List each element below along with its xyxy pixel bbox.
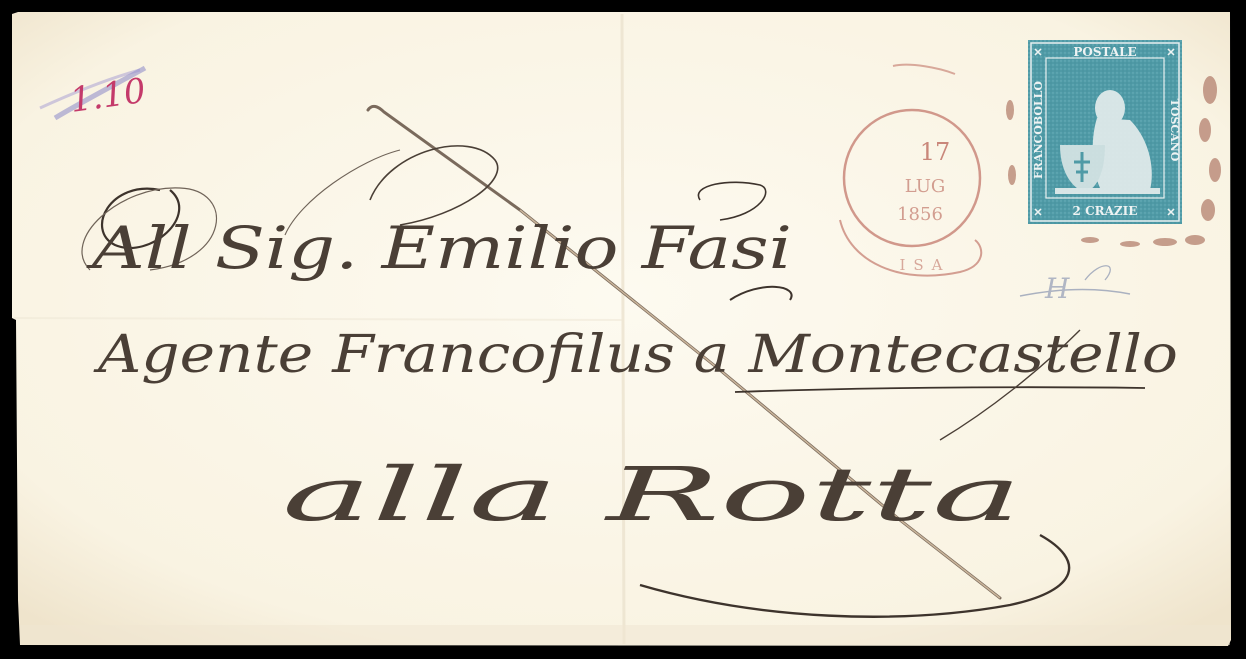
stamp-top-label: POSTALE [1073,45,1136,59]
address-line-1: All Sig. Emilio Fasi [86,214,792,282]
x-icon: ✕ [1033,46,1042,59]
stamp-right-label: TOSCANO [1168,99,1181,162]
address-line-3: alla Rotta [282,452,1022,538]
stamp-left-label: FRANCOBOLLO [1032,81,1045,179]
postal-cover-scene: 1.10 All Sig. Emilio Fasi Agente Francof… [0,0,1246,659]
postmark-year: 1856 [897,204,943,225]
postmark-month: LUG [905,176,946,197]
postal-cover-photo: 1.10 All Sig. Emilio Fasi Agente Francof… [0,0,1246,659]
postmark-town: ISA [899,256,950,274]
x-icon: ✕ [1166,46,1175,59]
address-line-2: Agente Francofilus a Montecastello [93,325,1178,385]
postage-stamp-2-crazie: POSTALE 2 CRAZIE FRANCOBOLLO TOSCANO ✕ ✕… [1028,40,1182,224]
postmark-day: 17 [920,138,951,166]
faint-mark-text: H [1044,272,1070,305]
x-icon: ✕ [1166,206,1175,219]
stamp-value-label: 2 CRAZIE [1073,204,1138,218]
x-icon: ✕ [1033,206,1042,219]
